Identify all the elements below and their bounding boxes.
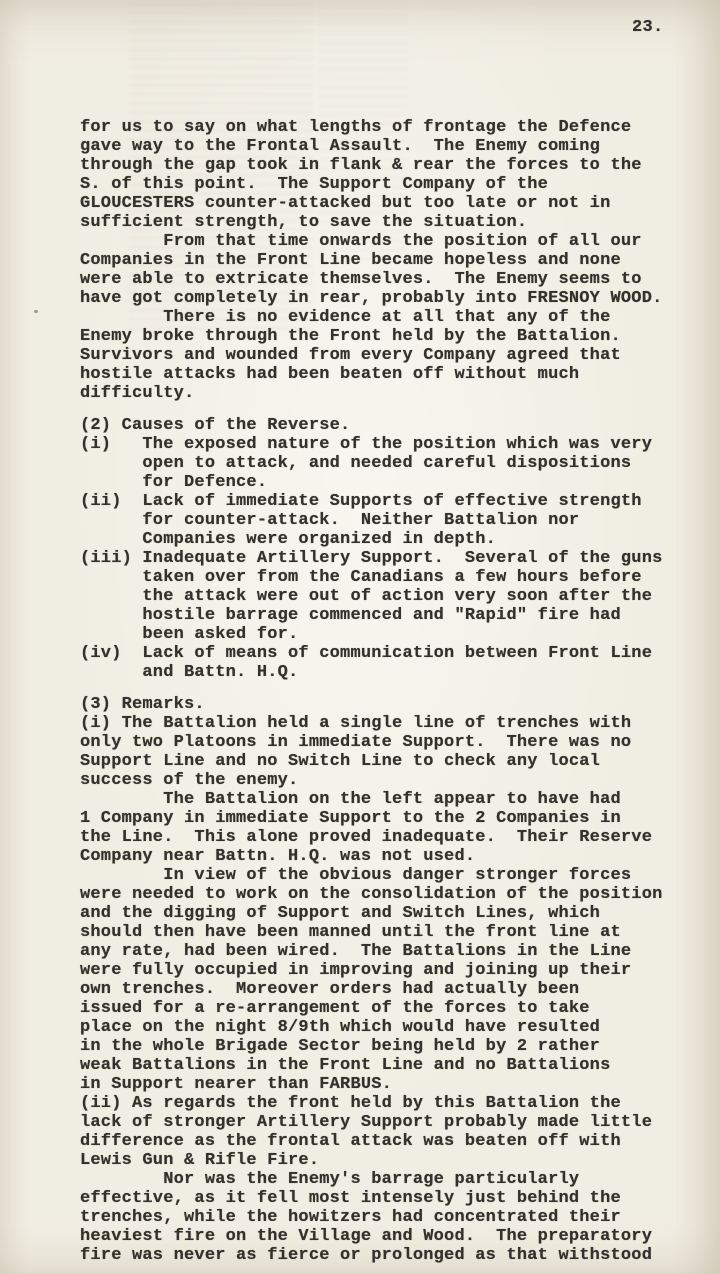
text-line: (ii) As regards the front held by this B… xyxy=(80,1094,690,1113)
text-line: Support Line and no Switch Line to check… xyxy=(80,752,690,771)
text-line: (iv) Lack of means of communication betw… xyxy=(80,644,690,663)
text-line: S. of this point. The Support Company of… xyxy=(80,175,690,194)
text-line: Company near Battn. H.Q. was not used. xyxy=(80,847,690,866)
text-line: place on the night 8/9th which would hav… xyxy=(80,1018,690,1037)
opening-paragraph-3: There is no evidence at all that any of … xyxy=(80,308,690,403)
scanned-page: 23. for us to say on what lengths of fro… xyxy=(0,0,720,1274)
text-line: the Line. This alone proved inadequate. … xyxy=(80,828,690,847)
text-line: (i) The Battalion held a single line of … xyxy=(80,714,690,733)
remark-ii-paragraph-2: Nor was the Enemy's barrage particularly… xyxy=(80,1170,690,1265)
remark-i-paragraph-2: The Battalion on the left appear to have… xyxy=(80,790,690,866)
text-line: fire was never as fierce or prolonged as… xyxy=(80,1246,690,1265)
text-line: (2) Causes of the Reverse. xyxy=(80,416,690,435)
text-line: open to attack, and needed careful dispo… xyxy=(80,454,690,473)
opening-paragraph-2: From that time onwards the position of a… xyxy=(80,232,690,308)
page-number: 23. xyxy=(632,18,664,37)
text-line: lack of stronger Artillery Support proba… xyxy=(80,1113,690,1132)
text-line: and Battn. H.Q. xyxy=(80,663,690,682)
text-line: in the whole Brigade Sector being held b… xyxy=(80,1037,690,1056)
cause-item-iii: (iii) Inadequate Artillery Support. Seve… xyxy=(80,549,690,644)
text-line: (3) Remarks. xyxy=(80,695,690,714)
text-line: Enemy broke through the Front held by th… xyxy=(80,327,690,346)
text-line: any rate, had been wired. The Battalions… xyxy=(80,942,690,961)
cause-item-iv: (iv) Lack of means of communication betw… xyxy=(80,644,690,682)
text-line: only two Platoons in immediate Support. … xyxy=(80,733,690,752)
causes-heading: (2) Causes of the Reverse. xyxy=(80,416,690,435)
text-line: In view of the obvious danger stronger f… xyxy=(80,866,690,885)
text-line: in Support nearer than FARBUS. xyxy=(80,1075,690,1094)
remark-i-paragraph-3: In view of the obvious danger stronger f… xyxy=(80,866,690,1094)
text-line: Companies in the Front Line became hopel… xyxy=(80,251,690,270)
text-line: heaviest fire on the Village and Wood. T… xyxy=(80,1227,690,1246)
text-line: The Battalion on the left appear to have… xyxy=(80,790,690,809)
paper-speck xyxy=(34,310,38,313)
text-line: sufficient strength, to save the situati… xyxy=(80,213,690,232)
text-line: hostile barrage commenced and "Rapid" fi… xyxy=(80,606,690,625)
text-line: Nor was the Enemy's barrage particularly xyxy=(80,1170,690,1189)
text-line: difficulty. xyxy=(80,384,690,403)
text-line: were needed to work on the consolidation… xyxy=(80,885,690,904)
text-line: gave way to the Frontal Assault. The Ene… xyxy=(80,137,690,156)
text-line: difference as the frontal attack was bea… xyxy=(80,1132,690,1151)
text-line: for Defence. xyxy=(80,473,690,492)
text-line: for counter-attack. Neither Battalion no… xyxy=(80,511,690,530)
remark-i-paragraph-1: (i) The Battalion held a single line of … xyxy=(80,714,690,790)
text-line: and the digging of Support and Switch Li… xyxy=(80,904,690,923)
text-line: taken over from the Canadians a few hour… xyxy=(80,568,690,587)
cause-item-ii: (ii) Lack of immediate Supports of effec… xyxy=(80,492,690,549)
text-line: weak Battalions in the Front Line and no… xyxy=(80,1056,690,1075)
text-line: success of the enemy. xyxy=(80,771,690,790)
text-line: (iii) Inadequate Artillery Support. Seve… xyxy=(80,549,690,568)
document-body: for us to say on what lengths of frontag… xyxy=(80,118,690,1265)
remark-ii-paragraph-1: (ii) As regards the front held by this B… xyxy=(80,1094,690,1170)
text-line: Lewis Gun & Rifle Fire. xyxy=(80,1151,690,1170)
opening-paragraph-1: for us to say on what lengths of frontag… xyxy=(80,118,690,232)
text-line: effective, as it fell most intensely jus… xyxy=(80,1189,690,1208)
text-line: (i) The exposed nature of the position w… xyxy=(80,435,690,454)
text-line: Survivors and wounded from every Company… xyxy=(80,346,690,365)
cause-item-i: (i) The exposed nature of the position w… xyxy=(80,435,690,492)
text-line: the attack were out of action very soon … xyxy=(80,587,690,606)
text-line: own trenches. Moreover orders had actual… xyxy=(80,980,690,999)
text-line: From that time onwards the position of a… xyxy=(80,232,690,251)
text-line: issued for a re-arrangement of the force… xyxy=(80,999,690,1018)
text-line: were able to extricate themselves. The E… xyxy=(80,270,690,289)
text-line: (ii) Lack of immediate Supports of effec… xyxy=(80,492,690,511)
text-line: were fully occupied in improving and joi… xyxy=(80,961,690,980)
text-line: should then have been manned until the f… xyxy=(80,923,690,942)
text-line: been asked for. xyxy=(80,625,690,644)
text-line: through the gap took in flank & rear the… xyxy=(80,156,690,175)
text-line: hostile attacks had been beaten off with… xyxy=(80,365,690,384)
text-line: Companies were organized in depth. xyxy=(80,530,690,549)
remarks-heading: (3) Remarks. xyxy=(80,695,690,714)
text-line: have got completely in rear, probably in… xyxy=(80,289,690,308)
text-line: GLOUCESTERS counter-attacked but too lat… xyxy=(80,194,690,213)
text-line: for us to say on what lengths of frontag… xyxy=(80,118,690,137)
text-line: trenches, while the howitzers had concen… xyxy=(80,1208,690,1227)
text-line: 1 Company in immediate Support to the 2 … xyxy=(80,809,690,828)
text-line: There is no evidence at all that any of … xyxy=(80,308,690,327)
